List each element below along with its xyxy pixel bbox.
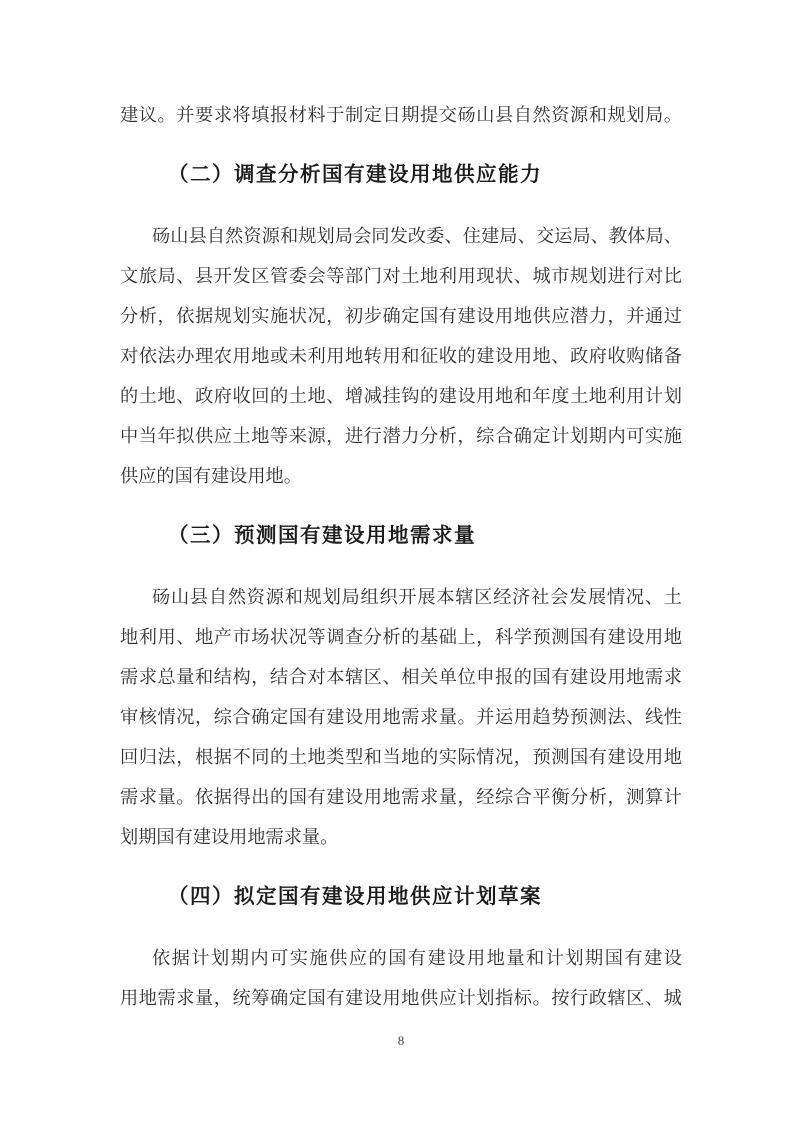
text-line: 需求量。依据得出的国有建设用地需求量，经综合平衡分析，测算计 <box>120 777 682 817</box>
text-line: 供应的国有建设用地。 <box>120 456 682 496</box>
text-line: 对依法办理农用地或未利用地转用和征收的建设用地、政府收购储备 <box>120 336 682 376</box>
text-line: 依据计划期内可实施供应的国有建设用地量和计划期国有建设 <box>120 938 682 978</box>
text-line: 分析，依据规划实施状况，初步确定国有建设用地供应潜力，并通过 <box>120 296 682 336</box>
body-paragraph: 砀山县自然资源和规划局组织开展本辖区经济社会发展情况、土地利用、地产市场状况等调… <box>120 577 682 857</box>
body-paragraph: 建议。并要求将填报材料于制定日期提交砀山县自然资源和规划局。 <box>120 95 682 135</box>
section-heading: （三）预测国有建设用地需求量 <box>120 516 682 556</box>
page-footer: 8 <box>120 1032 682 1050</box>
document-page: 建议。并要求将填报材料于制定日期提交砀山县自然资源和规划局。（二）调查分析国有建… <box>0 0 793 1121</box>
document-body: 建议。并要求将填报材料于制定日期提交砀山县自然资源和规划局。（二）调查分析国有建… <box>120 95 682 1018</box>
body-paragraph: 依据计划期内可实施供应的国有建设用地量和计划期国有建设用地需求量，统筹确定国有建… <box>120 938 682 1018</box>
text-line: 审核情况，综合确定国有建设用地需求量。并运用趋势预测法、线性 <box>120 697 682 737</box>
body-paragraph: 砀山县自然资源和规划局会同发改委、住建局、交运局、教体局、文旅局、县开发区管委会… <box>120 216 682 496</box>
section-heading: （四）拟定国有建设用地供应计划草案 <box>120 877 682 917</box>
page-number: 8 <box>398 1033 405 1048</box>
section-heading: （二）调查分析国有建设用地供应能力 <box>120 155 682 195</box>
text-line: 用地需求量，统筹确定国有建设用地供应计划指标。按行政辖区、城 <box>120 978 682 1018</box>
text-line: 地利用、地产市场状况等调查分析的基础上，科学预测国有建设用地 <box>120 617 682 657</box>
text-line: 回归法，根据不同的土地类型和当地的实际情况，预测国有建设用地 <box>120 737 682 777</box>
text-line: 建议。并要求将填报材料于制定日期提交砀山县自然资源和规划局。 <box>120 95 682 135</box>
text-line: 砀山县自然资源和规划局组织开展本辖区经济社会发展情况、土 <box>120 577 682 617</box>
text-line: 划期国有建设用地需求量。 <box>120 817 682 857</box>
text-line: 需求总量和结构，结合对本辖区、相关单位申报的国有建设用地需求 <box>120 657 682 697</box>
text-line: 中当年拟供应土地等来源，进行潜力分析，综合确定计划期内可实施 <box>120 416 682 456</box>
text-line: 文旅局、县开发区管委会等部门对土地利用现状、城市规划进行对比 <box>120 256 682 296</box>
text-line: 砀山县自然资源和规划局会同发改委、住建局、交运局、教体局、 <box>120 216 682 256</box>
text-line: 的土地、政府收回的土地、增减挂钩的建设用地和年度土地利用计划 <box>120 376 682 416</box>
